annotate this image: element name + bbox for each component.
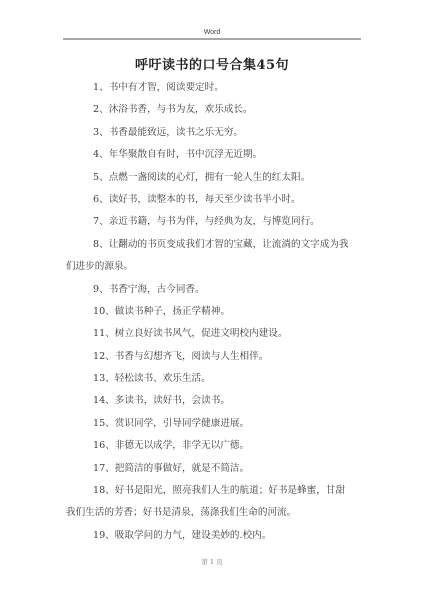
slogan-line-continuation: 们进步的源泉。 (66, 256, 356, 278)
slogan-line: 9、书香宁海，古今同香。 (66, 279, 356, 301)
slogan-line: 19、吸取学问的力气，建设美妙的.校内。 (66, 525, 356, 547)
slogan-line: 2、沐浴书香，与书为友，欢乐成长。 (66, 99, 356, 121)
slogan-line-continuation: 我们生活的芳香；好书是清泉，荡涤我们生命的河流。 (66, 502, 356, 524)
slogan-line: 1、书中有才智，阅读要定时。 (66, 77, 356, 99)
slogan-line: 14、多读书，读好书，会读书。 (66, 390, 356, 412)
document-title: 呼吁读书的口号合集45句 (0, 54, 424, 73)
slogan-line: 6、读好书，读整本的书，每天至少读书半小时。 (66, 189, 356, 211)
document-page: Word 呼吁读书的口号合集45句 1、书中有才智，阅读要定时。 2、沐浴书香，… (0, 0, 424, 600)
header-divider (63, 38, 361, 40)
slogan-line: 10、做读书种子，扬正学精神。 (66, 301, 356, 323)
slogan-line: 13、轻松读书、欢乐生活。 (66, 368, 356, 390)
slogan-line: 12、书香与幻想齐飞，阅读与人生相伴。 (66, 346, 356, 368)
document-body: 1、书中有才智，阅读要定时。 2、沐浴书香，与书为友，欢乐成长。 3、书香最能致… (66, 77, 356, 547)
slogan-line: 4、年华聚散自有时，书中沉浮无近期。 (66, 144, 356, 166)
slogan-line: 5、点燃一盏阅读的心灯，拥有一轮人生的红太阳。 (66, 167, 356, 189)
slogan-line: 16、非德无以成学，非学无以广德。 (66, 435, 356, 457)
slogan-line: 15、赏识同学，引导同学健康进展。 (66, 413, 356, 435)
slogan-line: 8、让翻动的书页变成我们才智的宝藏，让流淌的文字成为我 (66, 234, 356, 256)
slogan-line: 18、好书是阳光，照亮我们人生的航道；好书是蜂蜜，甘甜 (66, 480, 356, 502)
slogan-line: 3、书香最能致远，读书之乐无穷。 (66, 122, 356, 144)
page-number: 第 1 页 (0, 557, 424, 566)
slogan-line: 17、把简洁的事做好，就是不简洁。 (66, 458, 356, 480)
page-header-label: Word (0, 29, 424, 36)
slogan-line: 7、亲近书籍，与书为伴，与经典为友，与博览同行。 (66, 211, 356, 233)
slogan-line: 11、树立良好读书风气，促进文明校内建设。 (66, 323, 356, 345)
